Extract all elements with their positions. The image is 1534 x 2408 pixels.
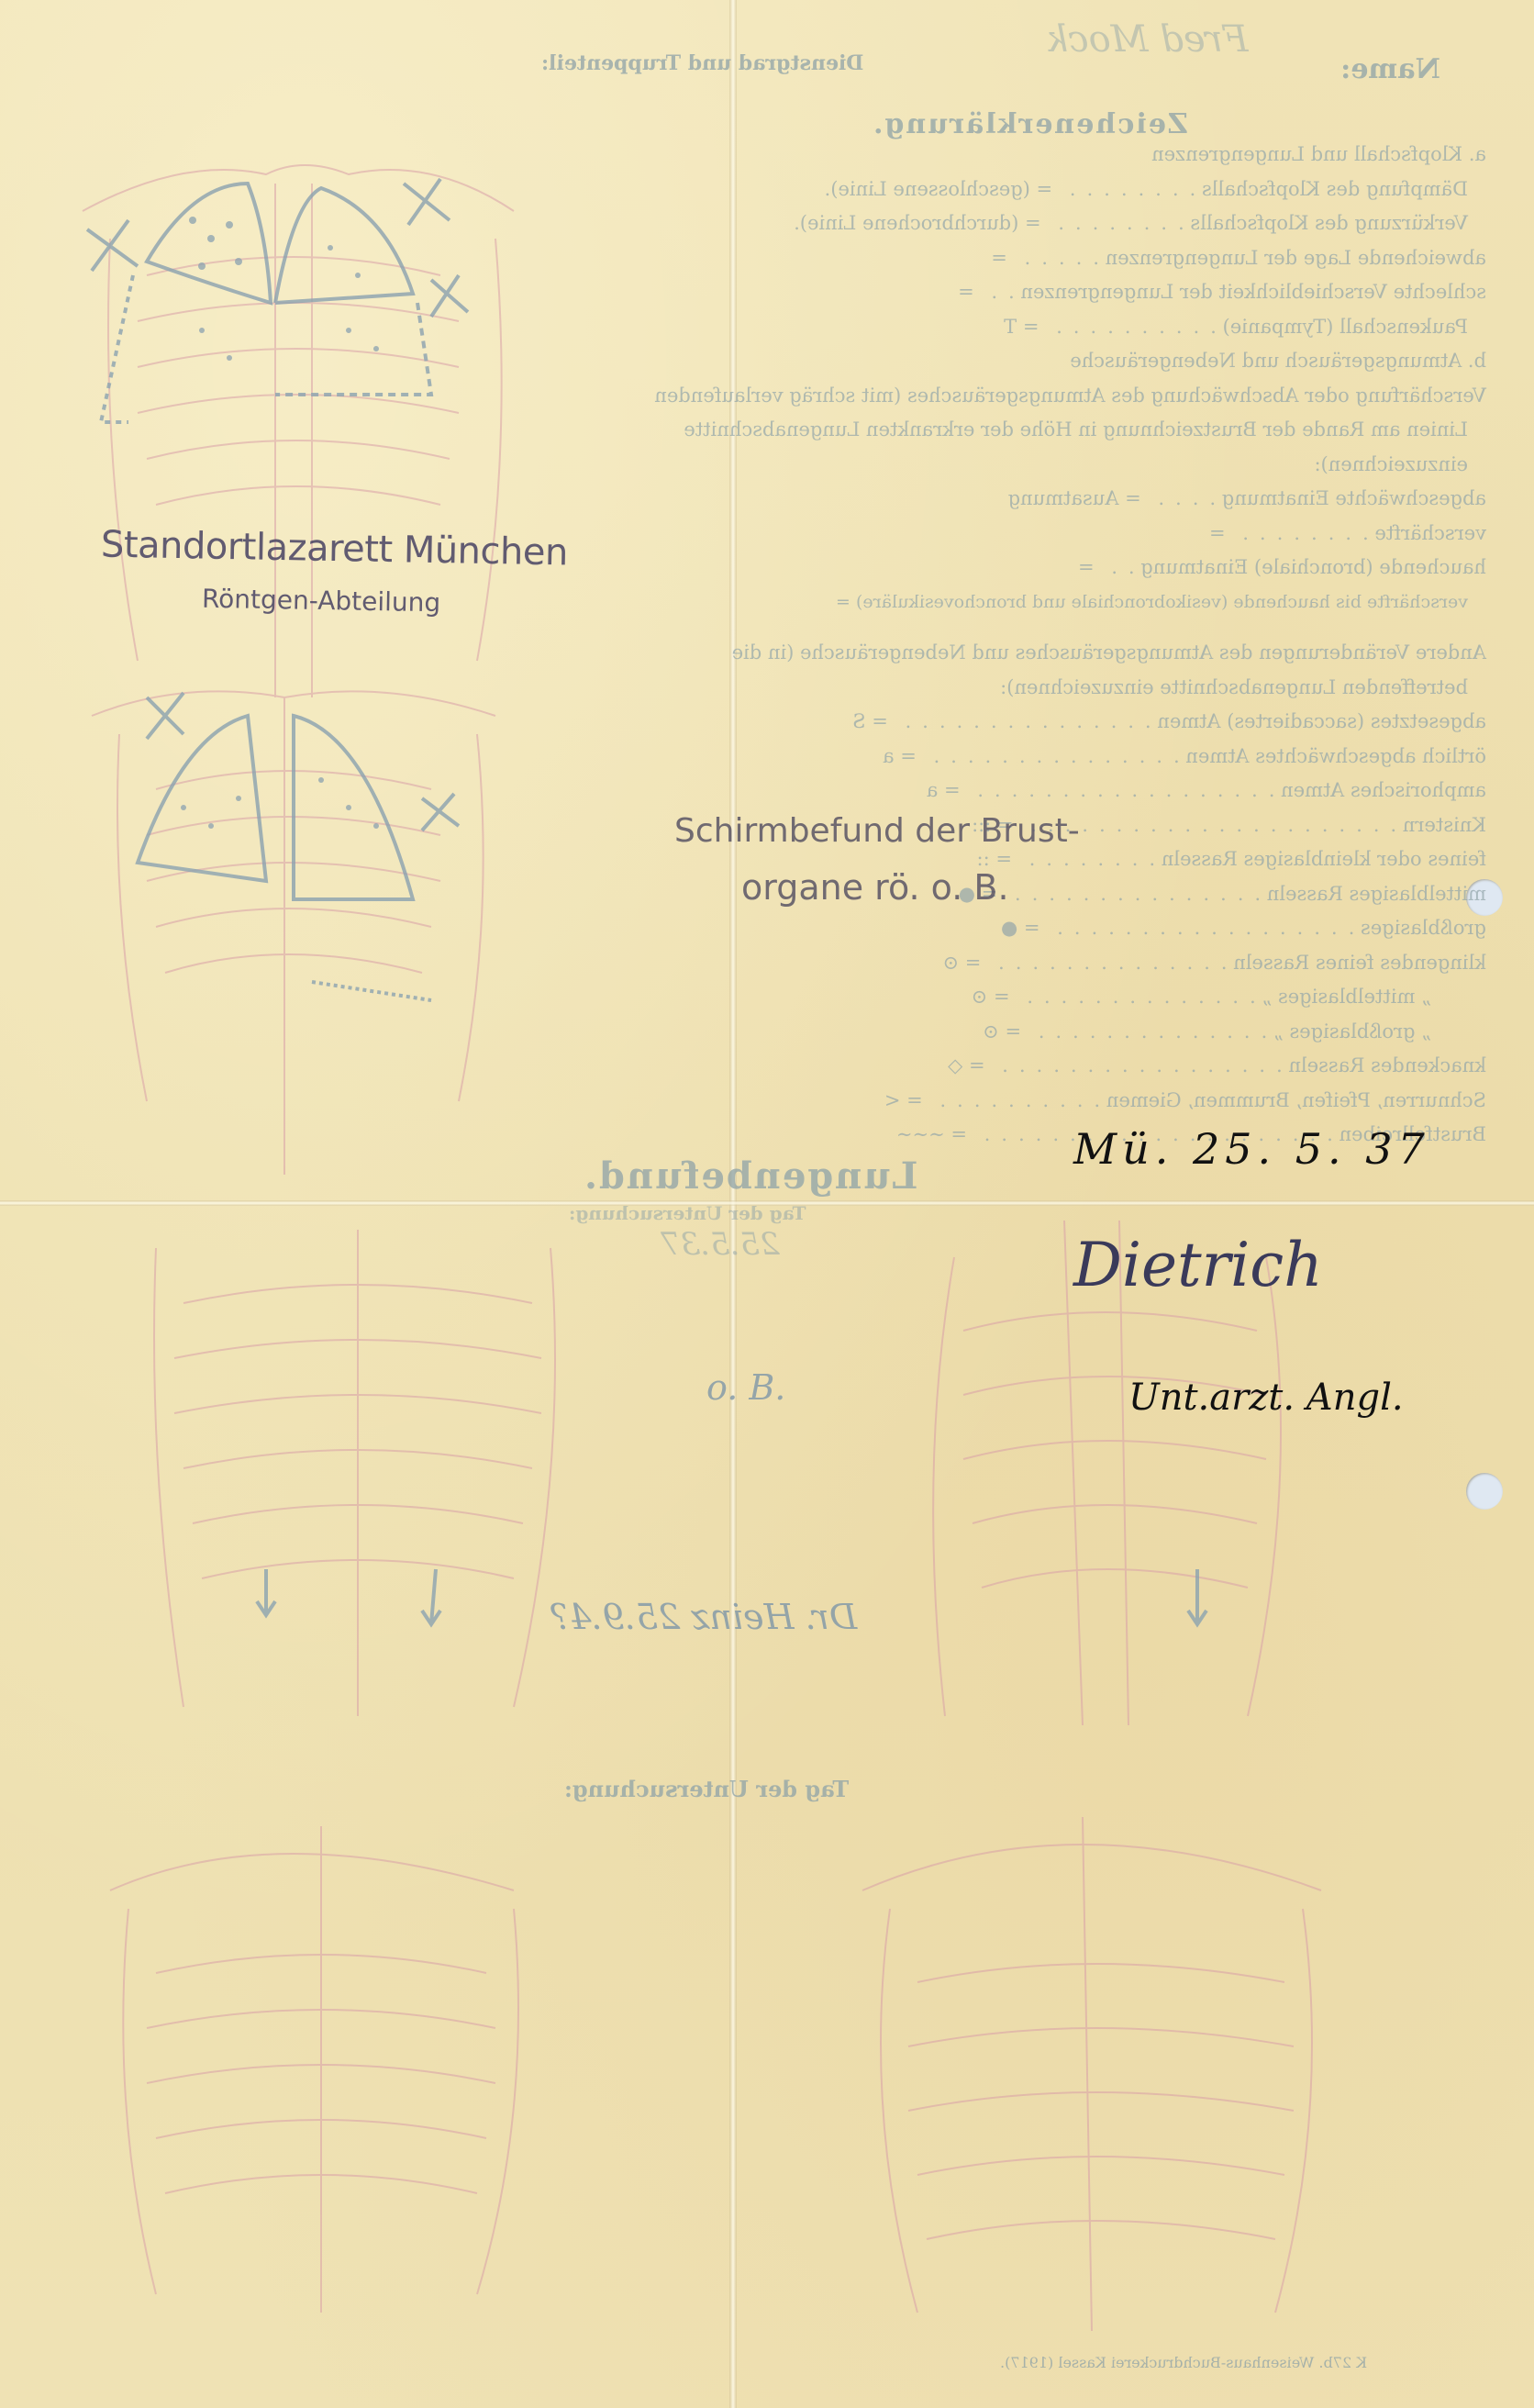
lungenbefund-subtitle: Tag der Untersuchung:	[569, 1202, 806, 1224]
exam-day-label: Tag der Untersuchung:	[564, 1776, 849, 1802]
name-label: Name:	[1340, 53, 1440, 85]
finding-stamp-line2: organe rö. o. B.	[741, 867, 1009, 908]
hospital-stamp-line1: Standortlazarett München	[101, 524, 569, 574]
name-handwritten: Fred Mock	[1046, 18, 1249, 61]
rank-label: Dienstgrad und Truppenteil:	[541, 51, 863, 75]
pencil-note-lower: Dr. Heinz 25.9.4?	[550, 1597, 857, 1637]
lungenbefund-title: Lungenbefund.	[583, 1154, 917, 1198]
handwritten-signature: Dietrich	[1073, 1230, 1323, 1300]
handwritten-place-date: Mü. 25. 5. 37	[1073, 1124, 1430, 1174]
punch-hole-lower	[1466, 1473, 1503, 1510]
lungenbefund-date: 25.5.37	[661, 1226, 780, 1263]
handwritten-title: Unt.arzt. Angl.	[1128, 1377, 1404, 1419]
finding-stamp-line1: Schirmbefund der Brust-	[674, 812, 1080, 850]
pencil-note-center: o. B.	[706, 1367, 785, 1408]
printer-footer: K 27b. Weisenhaus-Buchdruckerei Kassel (…	[1000, 2354, 1367, 2371]
hospital-stamp-line2: Röntgen-Abteilung	[202, 584, 441, 619]
legend-title: Zeichenerklärung.	[872, 108, 1188, 140]
legend-block: a. Klopfschall und Lungengrenzen Dämpfun…	[550, 138, 1486, 1153]
